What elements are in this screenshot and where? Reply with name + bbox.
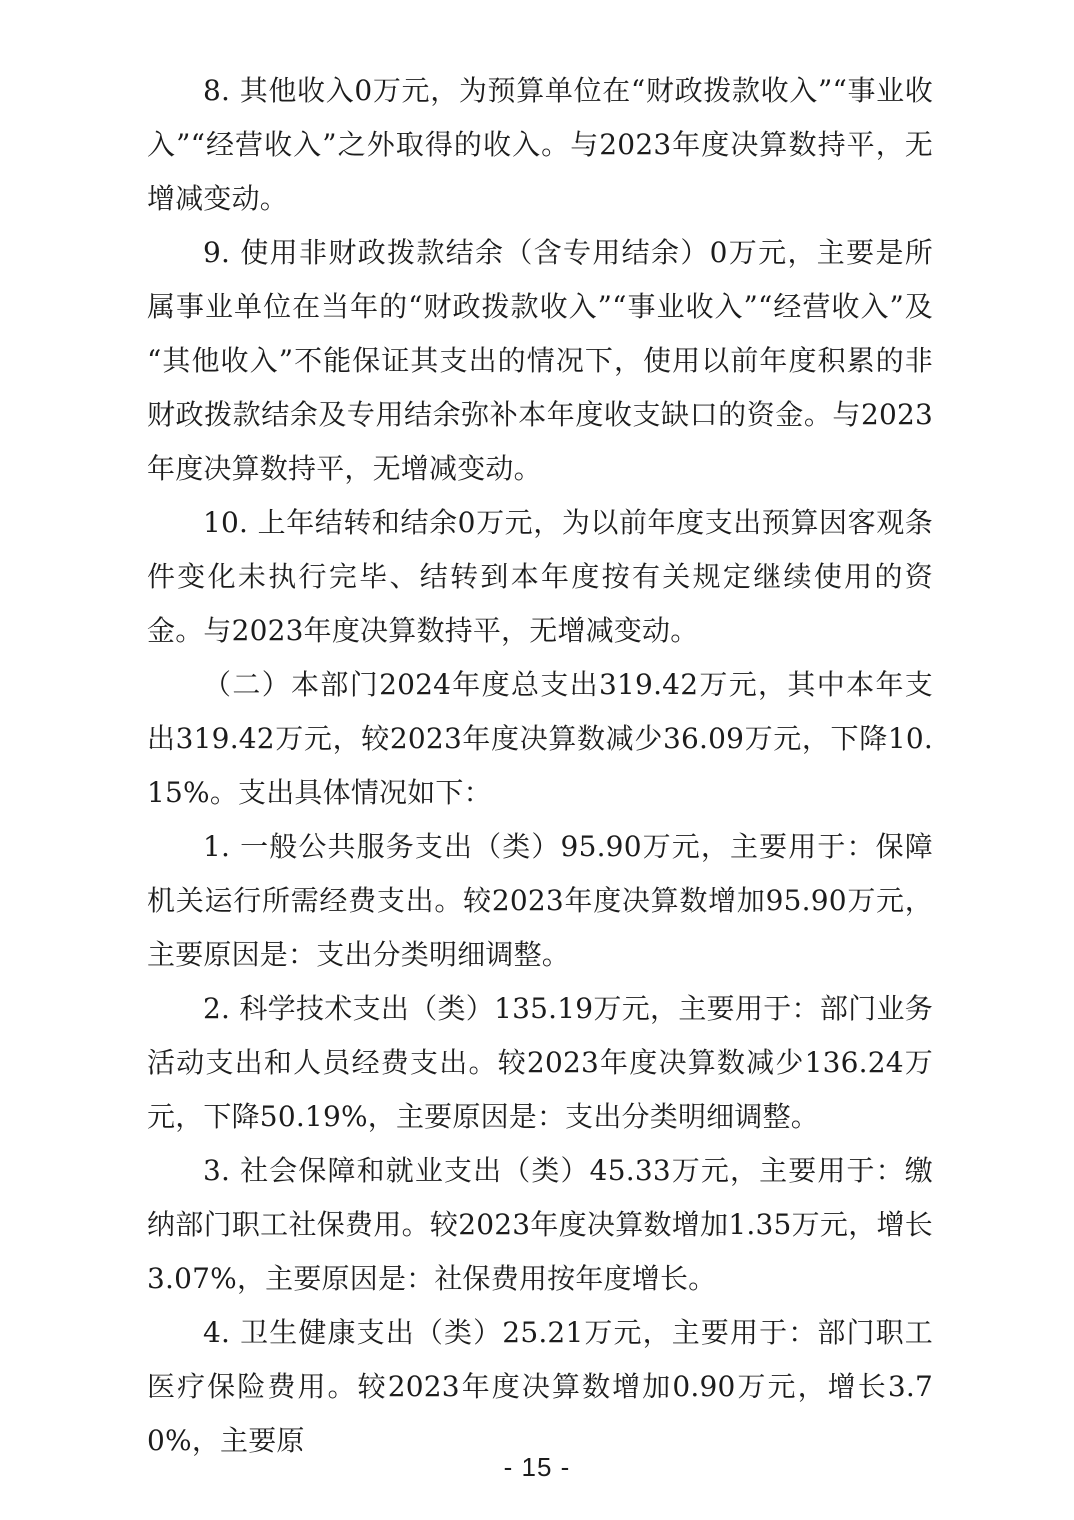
- paragraph-expenditure-item-1: 1. 一般公共服务支出（类）95.90万元，主要用于：保障机关运行所需经费支出。…: [147, 820, 933, 982]
- paragraph-income-item-10: 10. 上年结转和结余0万元，为以前年度支出预算因客观条件变化未执行完毕、结转到…: [147, 496, 933, 658]
- page-number: - 15 -: [504, 1452, 571, 1482]
- paragraph-expenditure-item-4: 4. 卫生健康支出（类）25.21万元，主要用于：部门职工医疗保险费用。较202…: [147, 1306, 933, 1468]
- paragraph-expenditure-item-3: 3. 社会保障和就业支出（类）45.33万元，主要用于：缴纳部门职工社保费用。较…: [147, 1144, 933, 1306]
- paragraph-income-item-8: 8. 其他收入0万元，为预算单位在“财政拨款收入”“事业收入”“经营收入”之外取…: [147, 64, 933, 226]
- document-body: 8. 其他收入0万元，为预算单位在“财政拨款收入”“事业收入”“经营收入”之外取…: [147, 64, 933, 1468]
- page-footer: - 15 -: [0, 1452, 1074, 1483]
- paragraph-income-item-9: 9. 使用非财政拨款结余（含专用结余）0万元，主要是所属事业单位在当年的“财政拨…: [147, 226, 933, 496]
- paragraph-section-2-total-expenditure: （二）本部门2024年度总支出319.42万元，其中本年支出319.42万元，较…: [147, 658, 933, 820]
- document-page: 8. 其他收入0万元，为预算单位在“财政拨款收入”“事业收入”“经营收入”之外取…: [0, 0, 1074, 1520]
- paragraph-expenditure-item-2: 2. 科学技术支出（类）135.19万元，主要用于：部门业务活动支出和人员经费支…: [147, 982, 933, 1144]
